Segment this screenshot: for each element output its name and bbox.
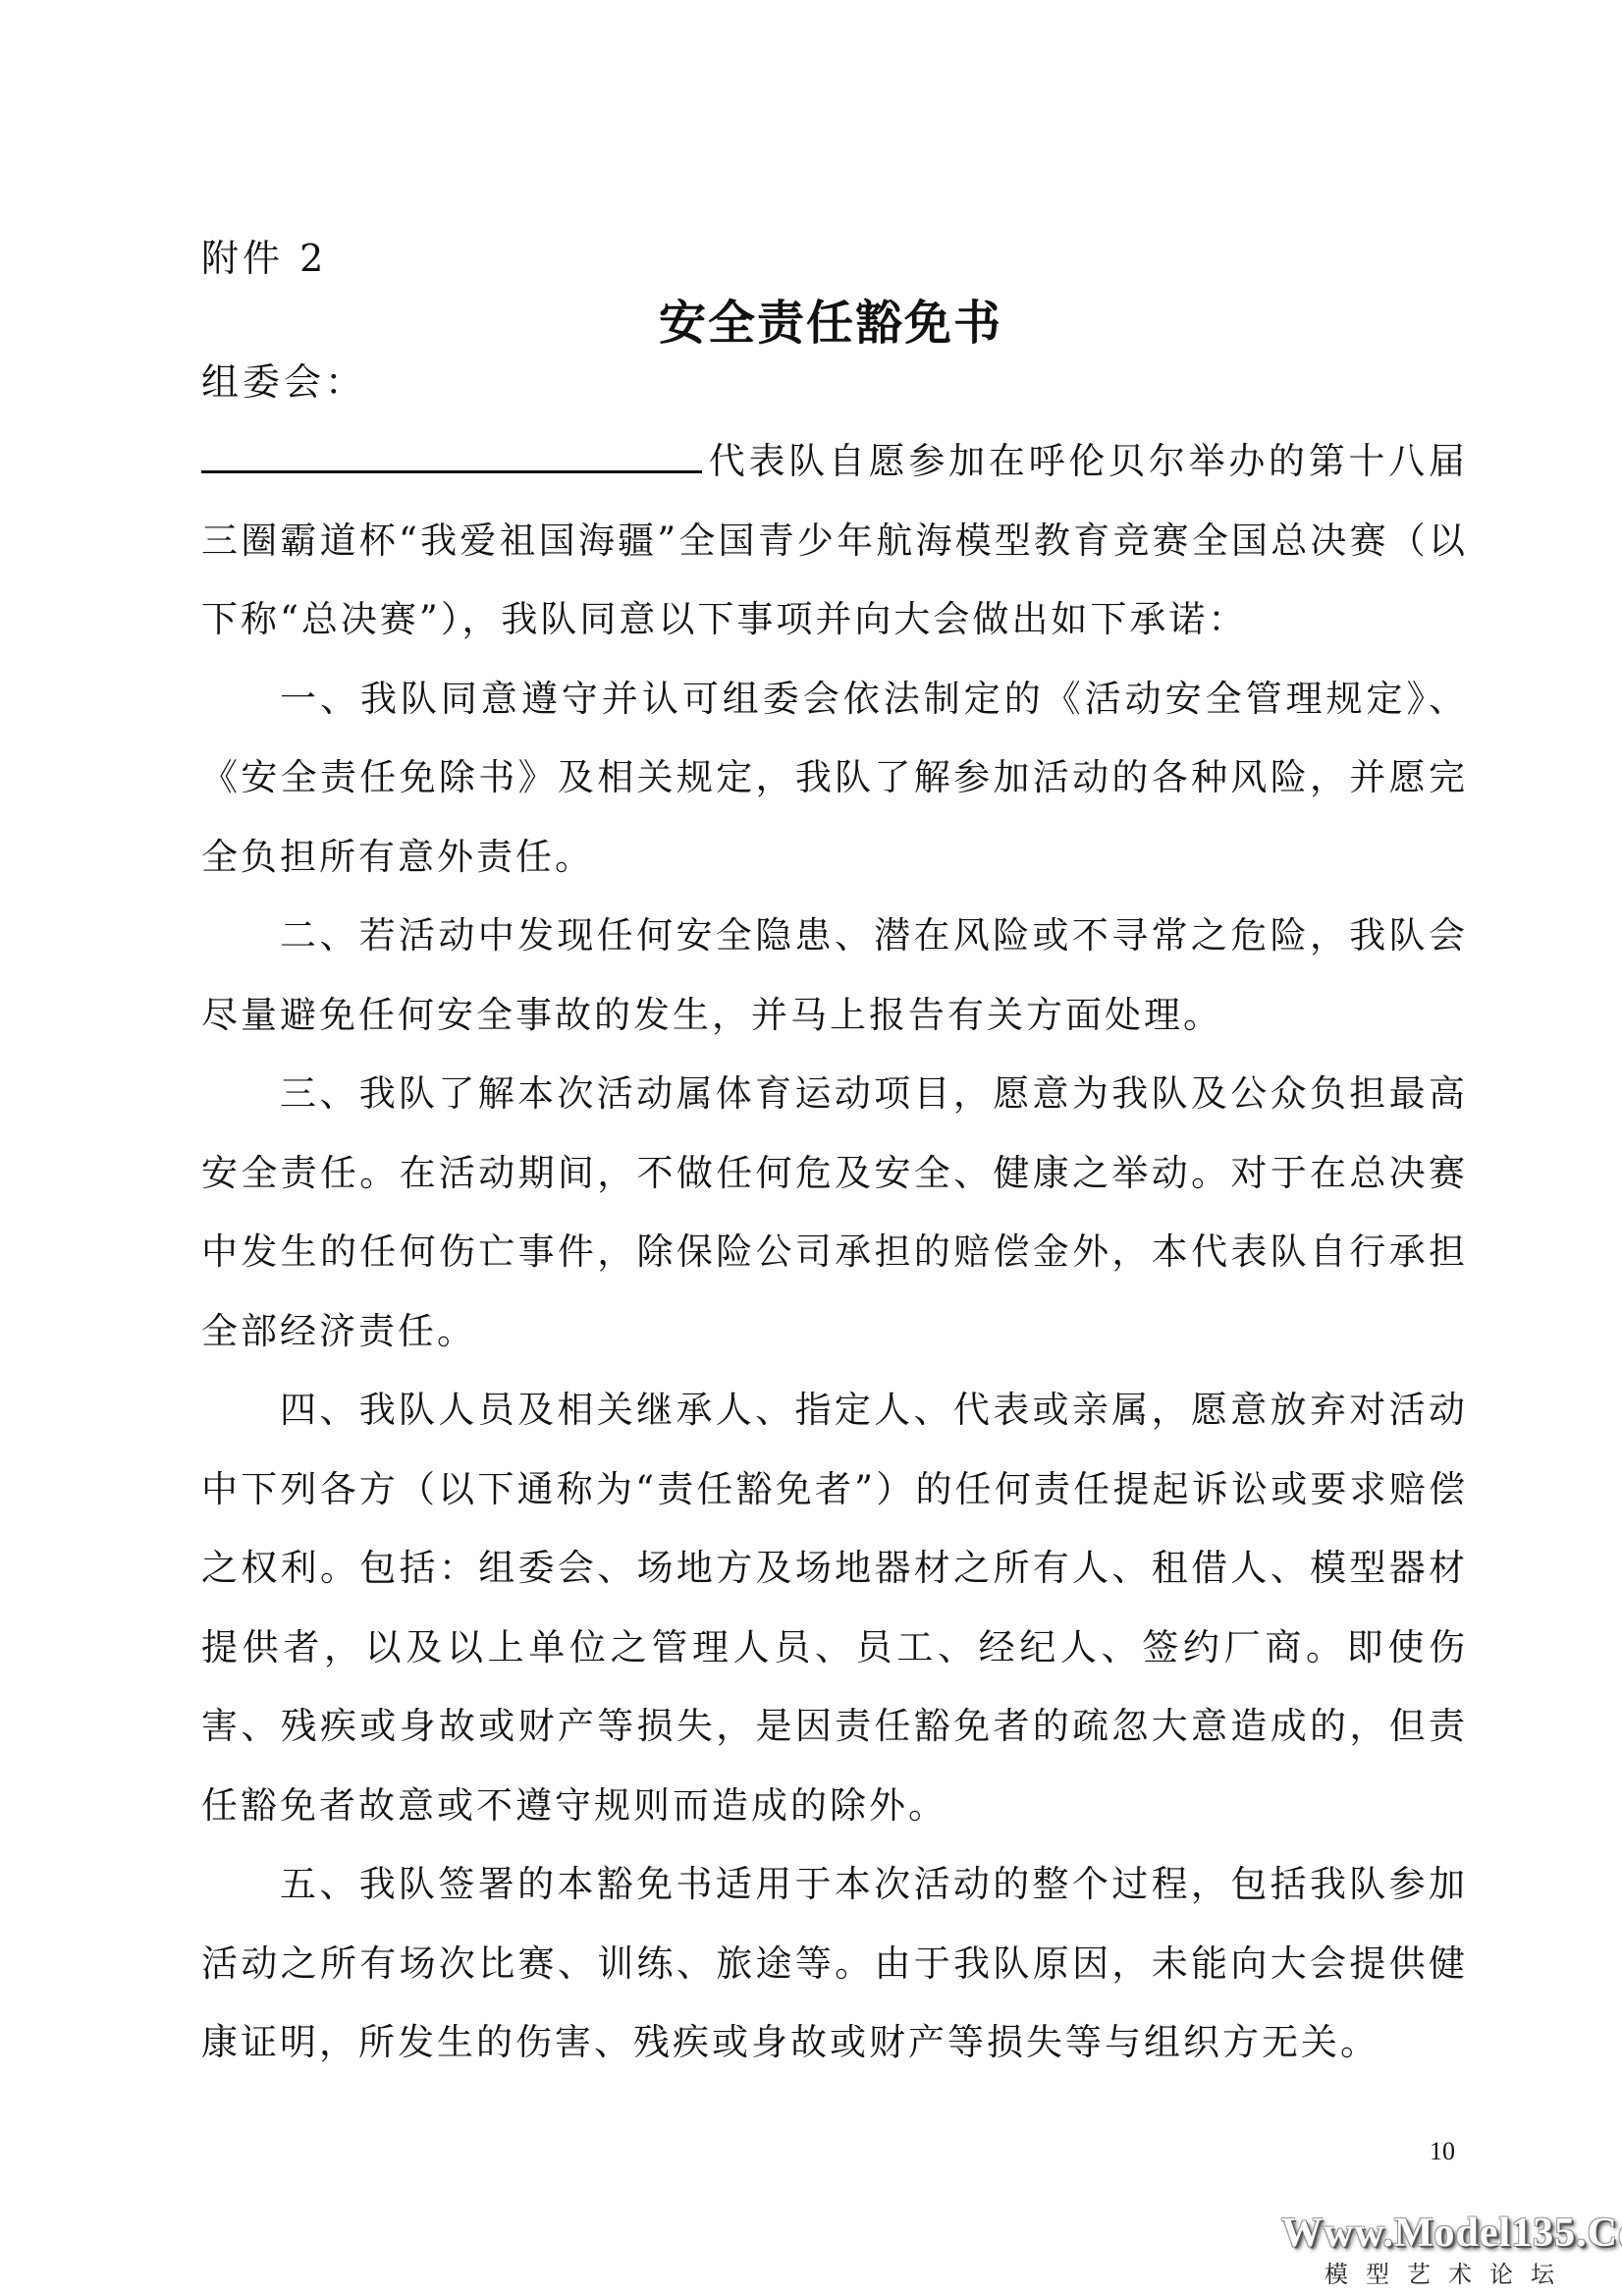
attachment-label: 附件 2 [201, 228, 327, 282]
team-name-blank [201, 429, 702, 473]
document-page: 附件 2 安全责任豁免书 组委会： 代表队自愿参加在呼伦贝尔举办的第十八届三圈霸… [0, 0, 1622, 2296]
watermark: Www.Model135.Com 模型艺术论坛 [1281, 2210, 1615, 2289]
clause-1: 一、我队同意遵守并认可组委会依法制定的《活动安全管理规定》、《安全责任免除书》及… [201, 660, 1468, 898]
clause-4: 四、我队人员及相关继承人、指定人、代表或亲属，愿意放弃对活动中下列各方（以下通称… [201, 1371, 1468, 1845]
document-title: 安全责任豁免书 [0, 285, 1622, 353]
clause-3: 三、我队了解本次活动属体育运动项目，愿意为我队及公众负担最高安全责任。在活动期间… [201, 1055, 1468, 1371]
watermark-subtitle: 模型艺术论坛 [1281, 2255, 1615, 2289]
clause-5: 五、我队签署的本豁免书适用于本次活动的整个过程，包括我队参加活动之所有场次比赛、… [201, 1845, 1468, 2083]
addressee: 组委会： [201, 352, 366, 406]
page-number: 10 [1430, 2137, 1455, 2166]
clause-2: 二、若活动中发现任何安全隐患、潜在风险或不寻常之危险，我队会尽量避免任何安全事故… [201, 897, 1468, 1055]
document-body: 代表队自愿参加在呼伦贝尔举办的第十八届三圈霸道杯“我爱祖国海疆”全国青少年航海模… [201, 422, 1468, 2083]
intro-paragraph: 代表队自愿参加在呼伦贝尔举办的第十八届三圈霸道杯“我爱祖国海疆”全国青少年航海模… [201, 422, 1468, 660]
watermark-url: Www.Model135.Com [1281, 2210, 1615, 2257]
